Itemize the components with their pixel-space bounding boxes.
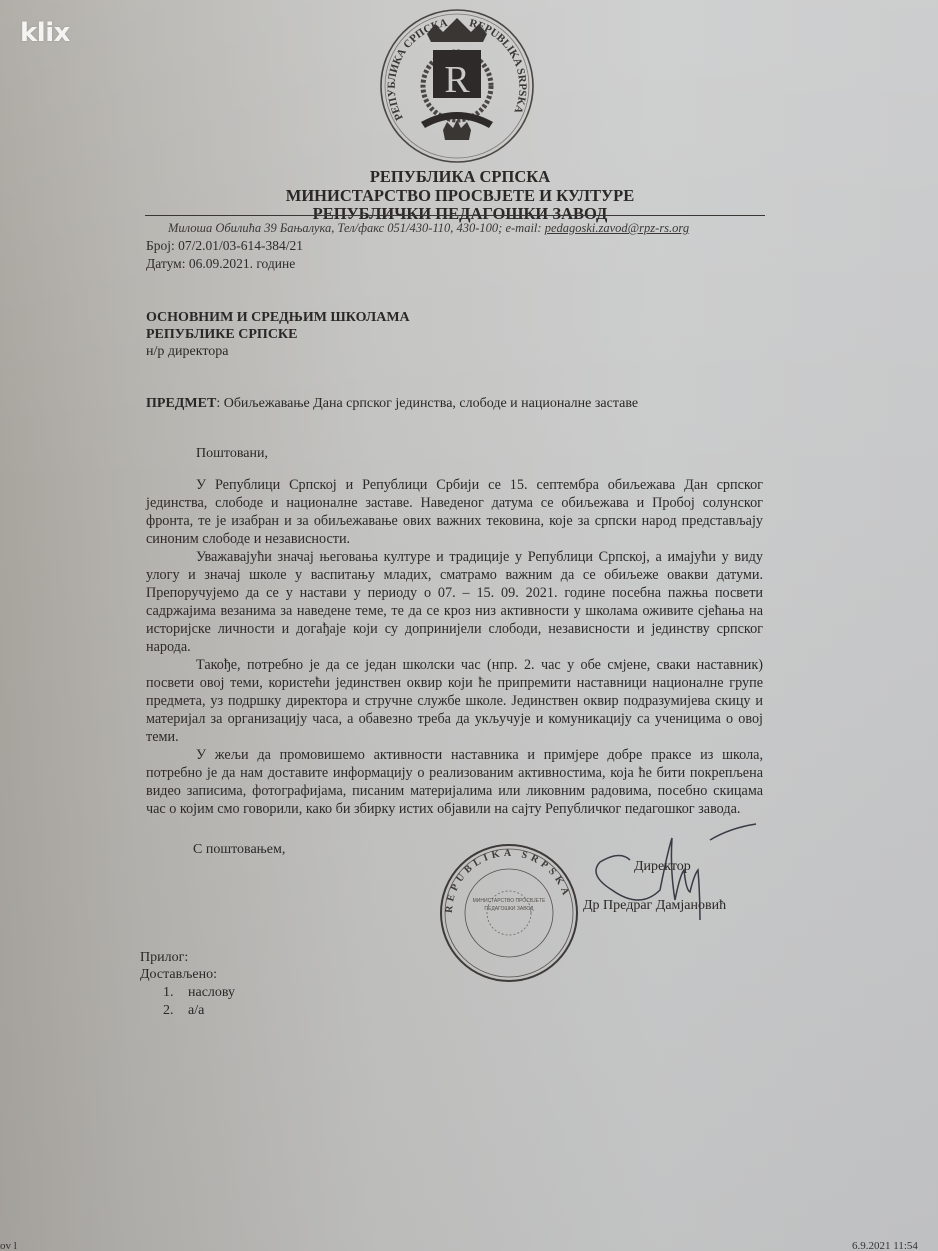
header-divider <box>145 215 765 216</box>
subject-label: ПРЕДМЕТ <box>146 396 216 411</box>
distribution-item: 1.наслову <box>163 984 235 1002</box>
signatory-title: Директор <box>634 859 691 875</box>
delivered-label: Достављено: <box>140 967 217 983</box>
recipient-line-2: РЕПУБЛИКЕ СРПСКЕ <box>146 327 297 343</box>
footer-left-fragment: ov l <box>0 1240 17 1251</box>
paragraph-4: У жељи да промовишемо активности наставн… <box>146 746 763 818</box>
closing: С поштовањем, <box>193 842 285 858</box>
address-text: Милоша Обилића 39 Бањалука, Тел/факс 051… <box>168 221 545 235</box>
signatory-name: Др Предраг Дамјановић <box>583 898 726 914</box>
header-republic: РЕПУБЛИКА СРПСКА <box>140 168 780 186</box>
klix-watermark-logo: klix <box>20 18 70 48</box>
official-stamp-icon: REPUBLIKA SRPSKA МИНИСТАРСТВО ПРОСВЈЕТЕ … <box>438 842 580 984</box>
svg-text:МИНИСТАРСТВО ПРОСВЈЕТЕ: МИНИСТАРСТВО ПРОСВЈЕТЕ <box>473 898 546 904</box>
subject-line: ПРЕДМЕТ: Обиљежавање Дана српског јединс… <box>146 396 638 412</box>
svg-text:ПЕДАГОШКИ ЗАВОД: ПЕДАГОШКИ ЗАВОД <box>484 906 534 912</box>
recipient-line-1: ОСНОВНИМ И СРЕДЊИМ ШКОЛАМА <box>146 310 410 326</box>
letter-body: У Републици Српској и Републици Србији с… <box>146 476 763 818</box>
header-ministry: МИНИСТАРСТВО ПРОСВЈЕТЕ И КУЛТУРЕ <box>140 187 780 205</box>
email-link[interactable]: pedagoski.zavod@rpz-rs.org <box>545 221 689 235</box>
paragraph-3: Такође, потребно је да се један школски … <box>146 656 763 746</box>
print-timestamp: 6.9.2021 11:54 <box>852 1240 918 1251</box>
distribution-item: 2.а/а <box>163 1002 235 1020</box>
paragraph-2: Уважавајући значај његовања културе и тр… <box>146 548 763 656</box>
recipient-line-3: н/р директора <box>146 344 228 360</box>
paragraph-1: У Републици Српској и Републици Србији с… <box>146 476 763 548</box>
distribution-list: 1.наслову 2.а/а <box>163 984 235 1020</box>
attachment-label: Прилог: <box>140 950 188 966</box>
svg-text:R: R <box>444 59 470 101</box>
document-number: Број: 07/2.01/03-614-384/21 <box>146 238 303 254</box>
subject-text: : Обиљежавање Дана српског јединства, сл… <box>216 396 638 411</box>
greeting: Поштовани, <box>196 446 268 462</box>
document-date: Датум: 06.09.2021. године <box>146 256 295 272</box>
coat-of-arms-crest-icon: R РЕПУБЛИКА СРПСКА REPUBLIKA SRPSKA <box>377 6 537 166</box>
header-address: Милоша Обилића 39 Бањалука, Тел/факс 051… <box>168 221 689 236</box>
